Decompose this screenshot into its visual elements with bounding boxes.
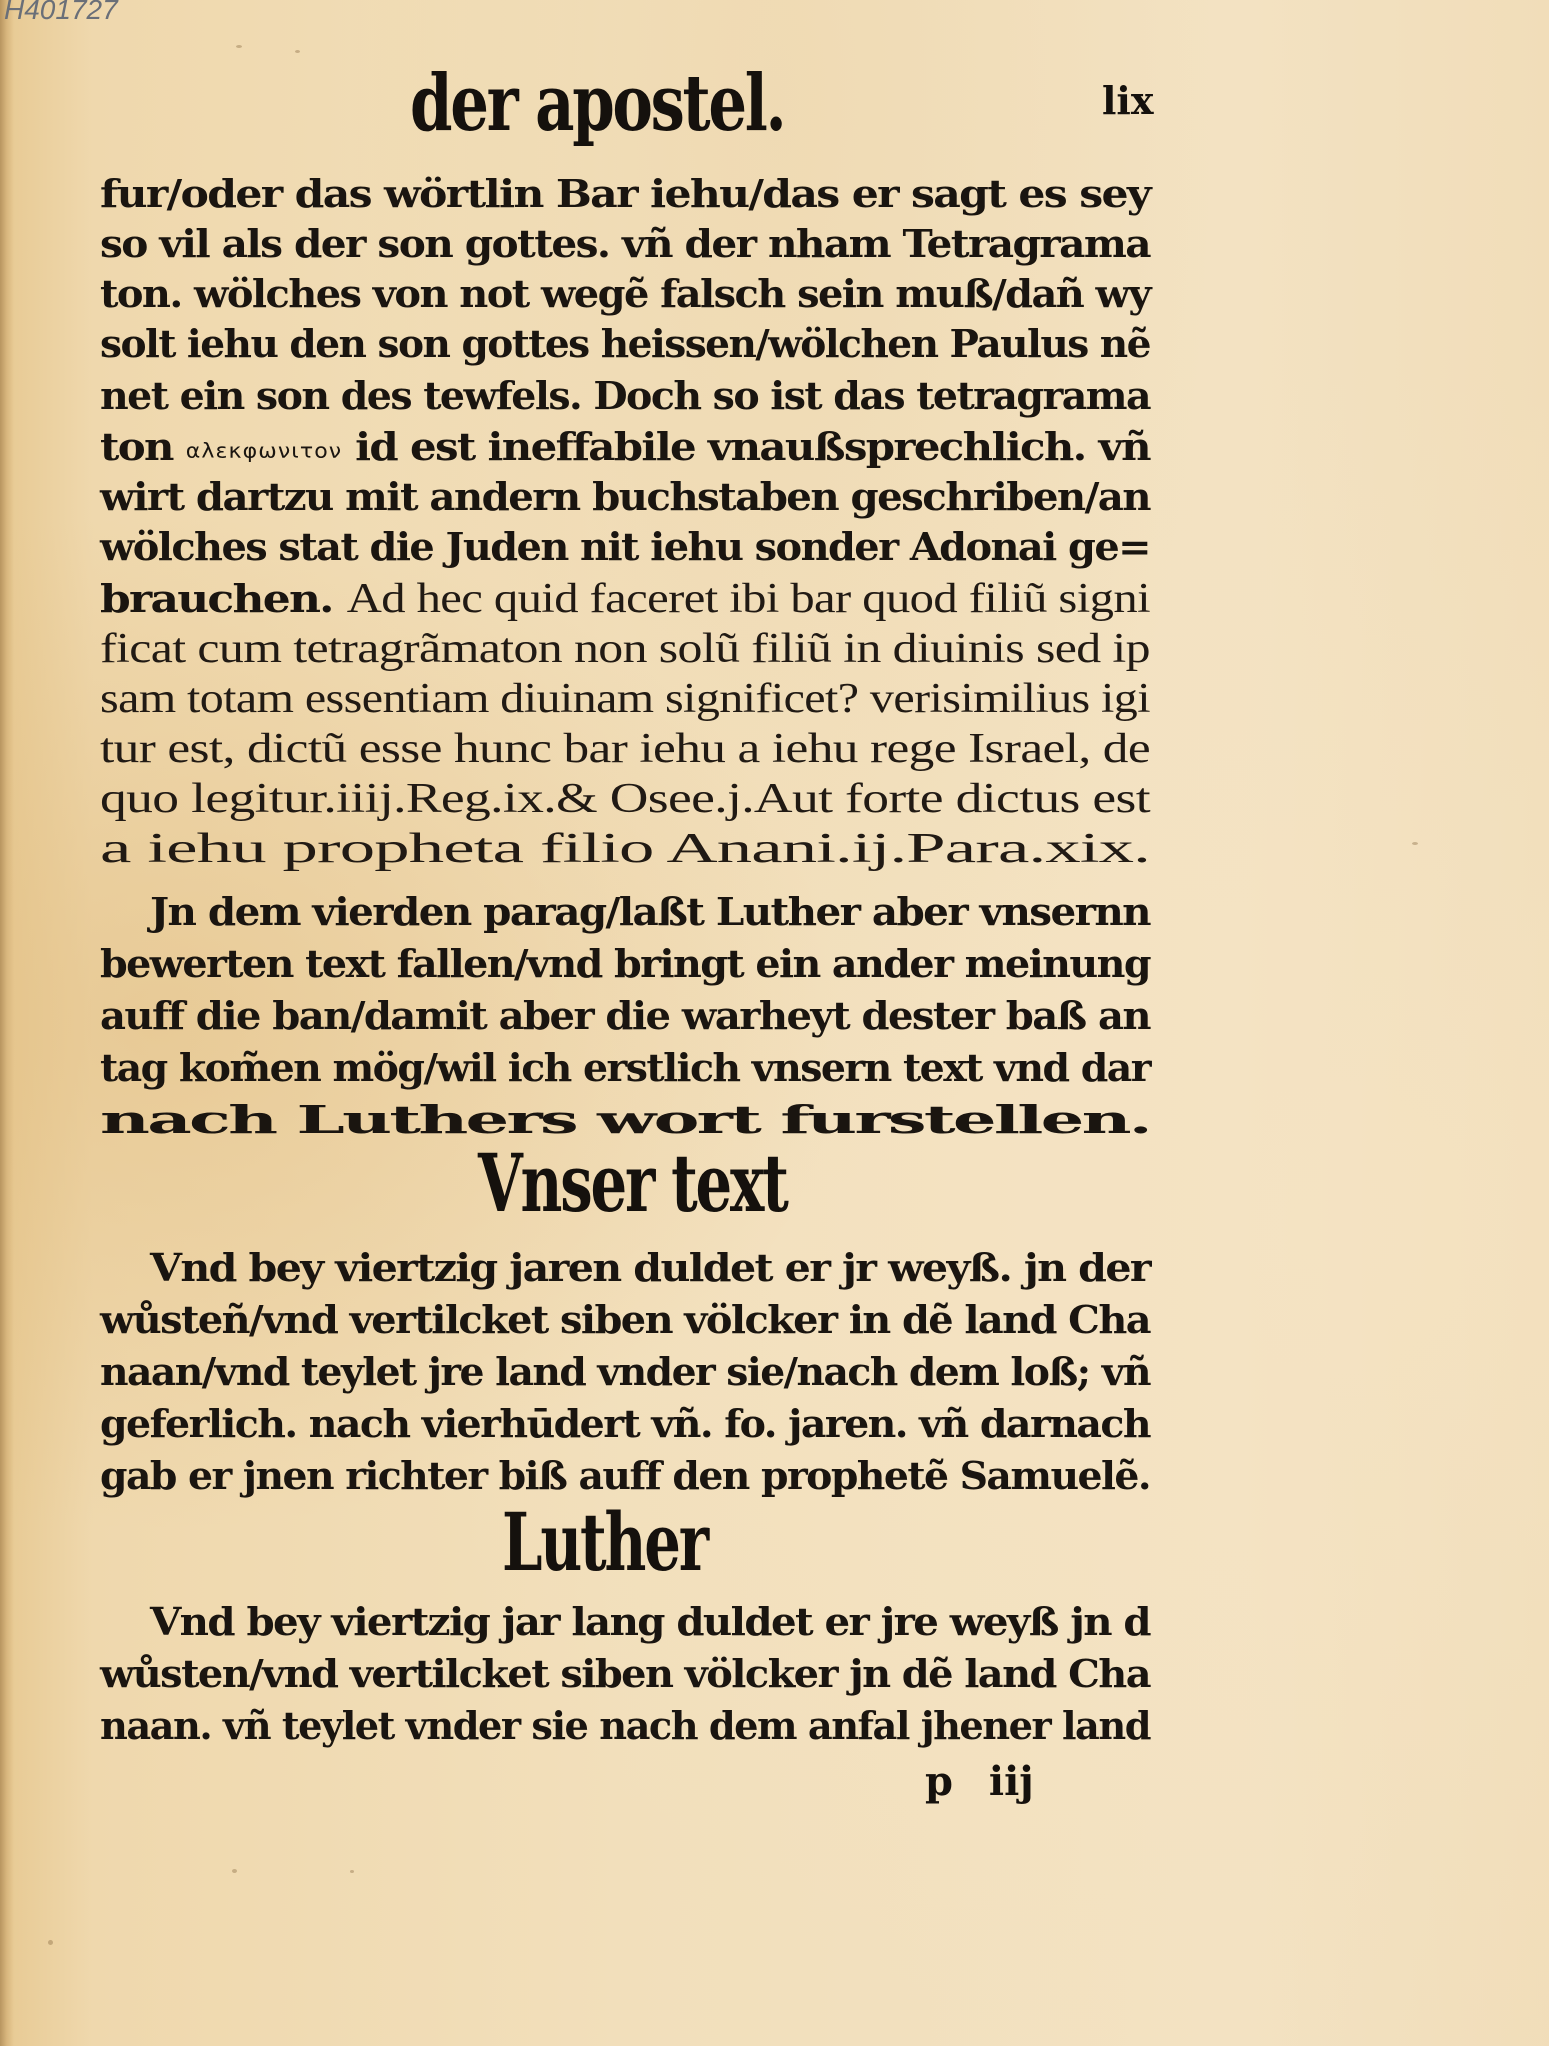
- text-line: Jn dem vierden parag/laßt Luther aber vn…: [150, 893, 1150, 931]
- text-line: wirt dartzu mit andern buchstaben geschr…: [100, 478, 1150, 516]
- text-line: wůsteñ/vnd vertilcket siben völcker in d…: [100, 1301, 1150, 1339]
- text-line-mixed: brauchen. Ad hec quid faceret ibi bar qu…: [100, 578, 1150, 620]
- latin-fragment: Ad hec quid faceret ibi bar quod filiũ s…: [347, 576, 1150, 622]
- foxing-speck: [48, 1940, 53, 1945]
- text-line: so vil als der son gottes. vñ der nham T…: [100, 225, 1150, 263]
- running-head: der apostel.: [410, 65, 784, 143]
- foxing-speck: [1412, 842, 1418, 845]
- text-line: wůsten/vnd vertilcket siben völcker jn d…: [100, 1655, 1150, 1693]
- text-line: auff die ban/damit aber die warheyt dest…: [100, 997, 1150, 1035]
- text-line: naan. vñ teylet vnder sie nach dem anfal…: [100, 1707, 1150, 1745]
- foxing-speck: [232, 1869, 237, 1873]
- text-line: Vnd bey viertzig jaren duldet er jr weyß…: [150, 1249, 1150, 1287]
- text-fragment: ton: [100, 424, 173, 469]
- text-line: nach Luthers wort furstellen.: [100, 1101, 1150, 1139]
- text-line: Vnd bey viertzig jar lang duldet er jre …: [150, 1603, 1150, 1641]
- foxing-speck: [295, 50, 300, 53]
- text-line: gab er jnen richter biß auff den prophet…: [100, 1457, 1150, 1495]
- latin-line: quo legitur.iiij.Reg.ix.& Osee.j.Aut for…: [100, 778, 1150, 820]
- text-fragment: brauchen.: [100, 576, 333, 621]
- folio-number: lix: [1102, 78, 1154, 123]
- text-line: tag kom̃en mög/wil ich erstlich vnsern t…: [100, 1049, 1150, 1087]
- latin-line: sam totam essentiam diuinam significet? …: [100, 678, 1150, 720]
- text-line: geferlich. nach vierhūdert vñ. fo. jaren…: [100, 1405, 1150, 1443]
- text-line-mixed: ton αλεκφωνιτον id est ineffabile vnaußs…: [100, 428, 1150, 466]
- latin-line: ficat cum tetragrãmaton non solũ filiũ i…: [100, 628, 1150, 670]
- text-line: ton. wölches von not wegẽ falsch sein mu…: [100, 275, 1150, 313]
- section-heading-vnser-text: Vnser text: [478, 1143, 787, 1223]
- book-page: der apostel. lix fur/oder das wörtlin Ba…: [0, 0, 1549, 2046]
- text-line: naan/vnd teylet jre land vnder sie/nach …: [100, 1353, 1150, 1391]
- latin-line: tur est, dictũ esse hunc bar iehu a iehu…: [100, 728, 1150, 770]
- text-line: net ein son des tewfels. Doch so ist das…: [100, 377, 1150, 415]
- foxing-speck: [236, 45, 242, 48]
- section-heading-luther: Luther: [502, 1502, 707, 1582]
- text-line: wölches stat die Juden nit iehu sonder A…: [100, 528, 1150, 566]
- signature-mark: p iij: [925, 1758, 1034, 1805]
- text-line: solt iehu den son gottes heissen/wölchen…: [100, 325, 1150, 363]
- text-fragment: id est ineffabile vnaußsprechlich. vñ: [355, 424, 1150, 469]
- text-line: fur/oder das wörtlin Bar iehu/das er sag…: [100, 175, 1150, 213]
- text-line: bewerten text fallen/vnd bringt ein ande…: [100, 945, 1150, 983]
- foxing-speck: [350, 1870, 354, 1873]
- latin-line: a iehu propheta filio Anani.ij.Para.xix.: [100, 828, 1150, 870]
- greek-word: αλεκφωνιτον: [186, 439, 342, 463]
